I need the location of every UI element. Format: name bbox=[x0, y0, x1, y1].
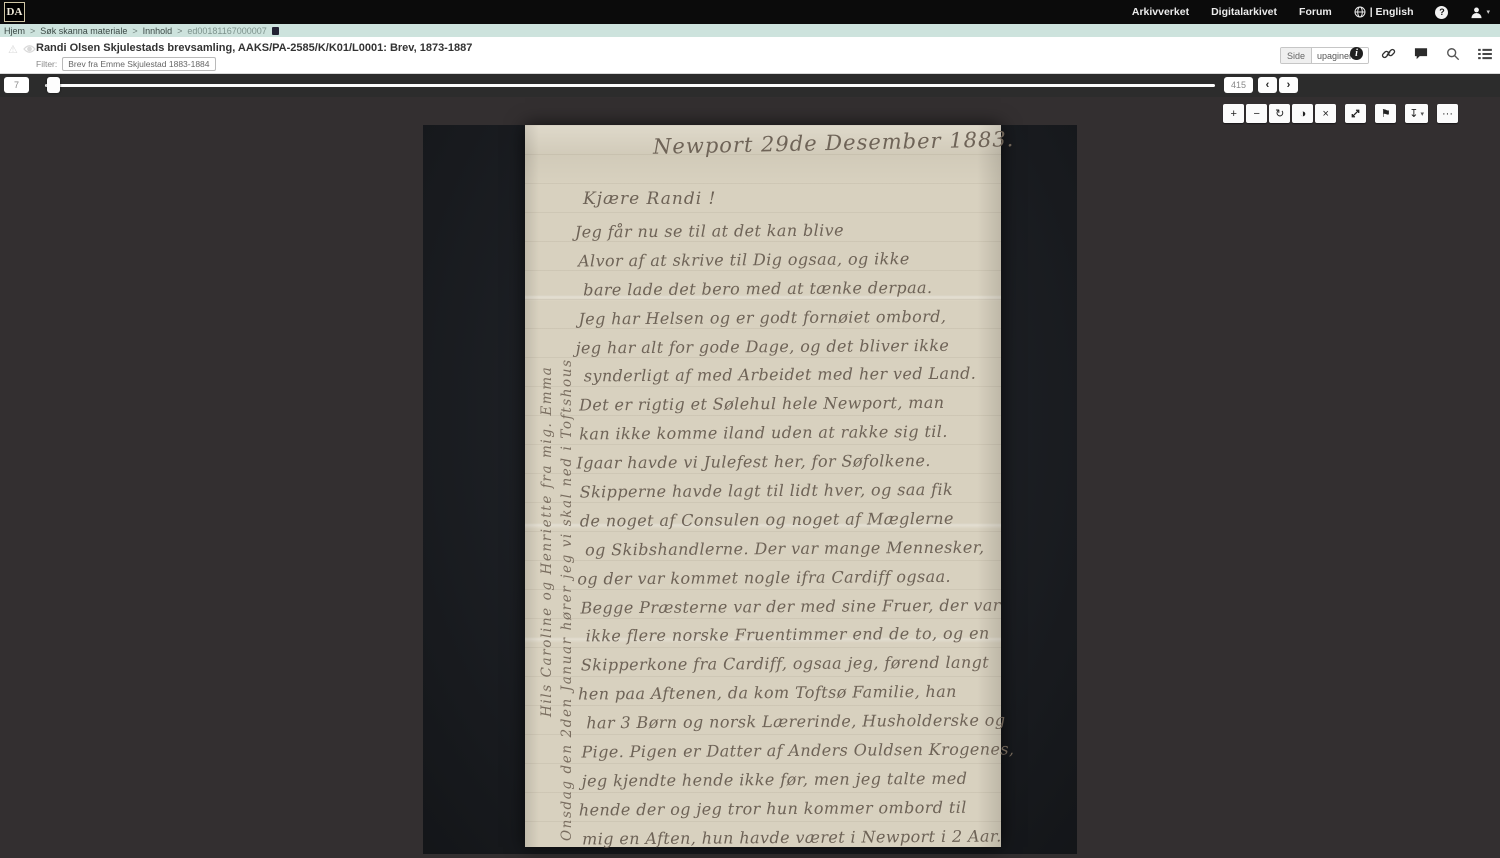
letter-line: og Skibshandlerne. Der var mange Mennesk… bbox=[585, 537, 995, 569]
globe-icon bbox=[1354, 6, 1366, 18]
digitalarkivet-logo[interactable]: DA bbox=[4, 2, 25, 22]
letter-line: de noget af Consulen og noget af Mæglern… bbox=[580, 508, 995, 540]
info-button[interactable]: i bbox=[1349, 46, 1364, 61]
report-image-button[interactable]: ⚑ bbox=[1375, 104, 1396, 123]
comment-icon bbox=[1414, 47, 1428, 60]
letter-line: Jeg får nu se til at det kan blive bbox=[575, 220, 993, 252]
fullscreen-icon bbox=[1350, 108, 1361, 119]
letter-line: og der var kommet nogle ifra Cardiff ogs… bbox=[577, 566, 995, 598]
language-switcher[interactable]: | English bbox=[1354, 6, 1414, 18]
fullscreen-button[interactable] bbox=[1345, 104, 1366, 123]
filter-label: Filter: bbox=[36, 59, 57, 69]
viewer-toolbar: + − ↻ ◑ × ⚑ ↧ ▾ ··· bbox=[1221, 104, 1458, 123]
zoom-out-button[interactable]: − bbox=[1246, 104, 1267, 123]
download-icon: ↧ bbox=[1409, 107, 1418, 120]
breadcrumb-document-id: ed00181167000007 bbox=[187, 26, 266, 36]
letter-line: Skipperkone fra Cardiff, ogsaa jeg, føre… bbox=[581, 653, 996, 685]
top-bar: DA Arkivverket Digitalarkivet Forum | En… bbox=[0, 0, 1500, 24]
link-button[interactable] bbox=[1381, 46, 1396, 61]
letter-line: kan ikke komme iland uden at rakke sig t… bbox=[579, 422, 994, 454]
letter-salutation: Kjære Randi ! bbox=[583, 189, 716, 209]
pagination-bar: 7 415 ‹ › bbox=[0, 74, 1500, 97]
letter-line: synderligt af med Arbeidet med her ved L… bbox=[584, 364, 994, 396]
header-icons: i bbox=[1349, 46, 1492, 61]
letter-page: Newport 29de Desember 1883. Kjære Randi … bbox=[525, 125, 1001, 847]
language-label: | English bbox=[1370, 6, 1414, 18]
image-viewer: + − ↻ ◑ × ⚑ ↧ ▾ ··· Newport 29de Desembe… bbox=[0, 97, 1500, 854]
breadcrumb-separator: > bbox=[132, 26, 137, 36]
filter-row: Filter: Brev fra Emme Skjulestad 1883-18… bbox=[36, 57, 216, 71]
user-caret-icon: ▾ bbox=[1486, 8, 1490, 16]
breadcrumb-content[interactable]: Innhold bbox=[143, 26, 173, 36]
letter-line: jeg kjendte hende ikke før, men jeg talt… bbox=[582, 768, 997, 800]
nav-arkivverket[interactable]: Arkivverket bbox=[1132, 6, 1189, 18]
letter-line: hen paa Aftenen, da kom Toftsø Familie, … bbox=[578, 682, 996, 714]
search-icon bbox=[1446, 47, 1460, 61]
info-icon: i bbox=[1350, 47, 1363, 60]
top-navigation: Arkivverket Digitalarkivet Forum | Engli… bbox=[1132, 0, 1490, 24]
letter-line: Alvor af at skrive til Dig ogsaa, og ikk… bbox=[578, 248, 993, 280]
letter-body: Jeg får nu se til at det kan bliveAlvor … bbox=[578, 220, 997, 854]
link-icon bbox=[1381, 46, 1396, 61]
breadcrumb-search[interactable]: Søk skanna materiale bbox=[40, 26, 127, 36]
letter-line: jeg har alt for gode Dage, og det bliver… bbox=[576, 335, 994, 367]
search-button[interactable] bbox=[1445, 46, 1460, 61]
nav-digitalarkivet[interactable]: Digitalarkivet bbox=[1211, 6, 1277, 18]
letter-line: ikke flere norske Fruentimmer end de to,… bbox=[586, 624, 996, 656]
previous-page-button[interactable]: ‹ bbox=[1258, 77, 1277, 93]
letter-line: hende der og jeg tror hun kommer ombord … bbox=[579, 797, 997, 829]
letter-line: Jeg har Helsen og er godt fornøiet ombor… bbox=[578, 306, 993, 338]
breadcrumb-separator: > bbox=[30, 26, 35, 36]
scanned-image-canvas[interactable]: Newport 29de Desember 1883. Kjære Randi … bbox=[423, 125, 1077, 854]
letter-line: Det er rigtig et Sølehul hele Newport, m… bbox=[579, 393, 994, 425]
thumbnail-list-button[interactable] bbox=[1477, 46, 1492, 61]
list-icon bbox=[1478, 48, 1492, 60]
nav-forum[interactable]: Forum bbox=[1299, 6, 1332, 18]
reset-button[interactable]: × bbox=[1315, 104, 1336, 123]
letter-line: Igaar havde vi Julefest her, for Søfolke… bbox=[576, 451, 994, 483]
letter-line: Begge Præsterne var der med sine Fruer, … bbox=[580, 595, 995, 627]
letter-margin-note-1: Onsdag den 2den Januar hører jeg vi skal… bbox=[559, 358, 575, 841]
breadcrumb-home[interactable]: Hjem bbox=[4, 26, 25, 36]
letter-line: Skipperne havde lagt til lidt hver, og s… bbox=[580, 480, 995, 512]
letter-date-line: Newport 29de Desember 1883. bbox=[653, 127, 1015, 159]
page-label: Side bbox=[1281, 48, 1312, 63]
warning-icon[interactable]: ⚠ bbox=[8, 43, 18, 56]
breadcrumb-separator: > bbox=[177, 26, 182, 36]
letter-line: mig en Aften, hun havde været i Newport … bbox=[582, 826, 997, 854]
rotate-button[interactable]: ↻ bbox=[1269, 104, 1290, 123]
breadcrumb-link-icon[interactable] bbox=[272, 27, 279, 35]
more-options-button[interactable]: ··· bbox=[1437, 104, 1458, 123]
letter-line: har 3 Børn og norsk Lærerinde, Husholder… bbox=[586, 711, 996, 743]
eye-icon[interactable] bbox=[23, 44, 36, 54]
breadcrumb: Hjem > Søk skanna materiale > Innhold > … bbox=[0, 24, 1500, 37]
page-title: Randi Olsen Skjulestads brevsamling, AAK… bbox=[36, 42, 472, 54]
letter-line: bare lade det bero med at tænke derpaa. bbox=[583, 277, 993, 309]
total-pages-box: 415 bbox=[1224, 77, 1253, 93]
download-caret-icon: ▾ bbox=[1420, 110, 1424, 118]
help-icon[interactable]: ? bbox=[1435, 6, 1448, 19]
next-page-button[interactable]: › bbox=[1279, 77, 1298, 93]
user-menu[interactable]: ▾ bbox=[1470, 6, 1490, 19]
current-page-input[interactable]: 7 bbox=[4, 77, 29, 93]
download-button[interactable]: ↧ ▾ bbox=[1405, 104, 1428, 123]
document-header: ⚠ Randi Olsen Skjulestads brevsamling, A… bbox=[0, 37, 1500, 74]
contrast-button[interactable]: ◑ bbox=[1292, 104, 1313, 123]
filter-chip[interactable]: Brev fra Emme Skjulestad 1883-1884 bbox=[62, 57, 215, 71]
user-icon bbox=[1470, 6, 1483, 19]
page-slider-track[interactable] bbox=[45, 84, 1215, 87]
letter-line: Pige. Pigen er Datter af Anders Ouldsen … bbox=[581, 740, 996, 772]
comment-button[interactable] bbox=[1413, 46, 1428, 61]
zoom-in-button[interactable]: + bbox=[1223, 104, 1244, 123]
page-slider-thumb[interactable] bbox=[47, 77, 60, 93]
letter-margin-note-2: Hils Caroline og Henriette fra mig. Emma bbox=[539, 366, 555, 717]
